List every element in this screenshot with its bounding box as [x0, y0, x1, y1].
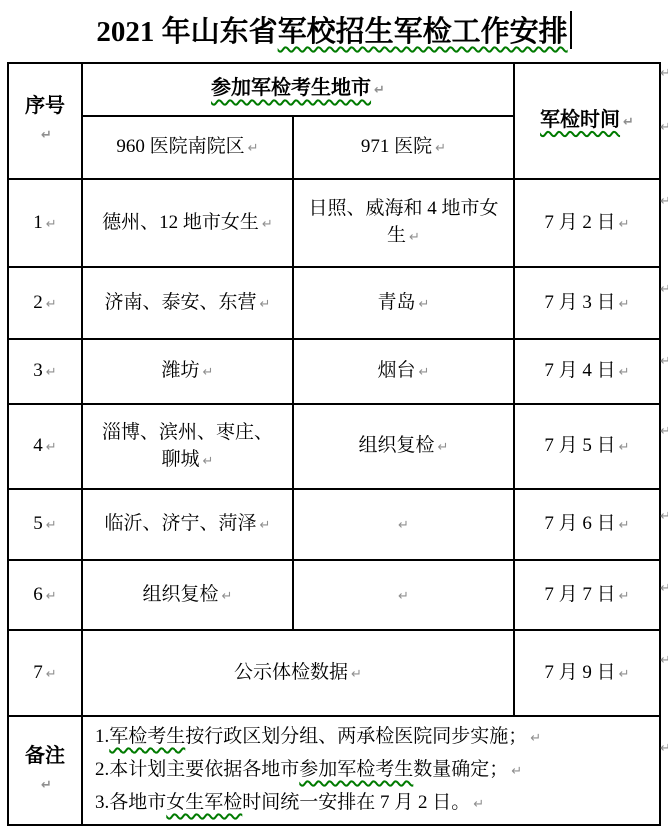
return-mark: ↵	[203, 365, 214, 380]
serial-value: 3	[33, 360, 43, 381]
remark-text: 3.各地市女生军检时间统一安排在 7 月 2 日。	[95, 792, 470, 813]
document-page[interactable]: 2021 年山东省军校招生军检工作安排 序号↵ 参加军检考生地市↵ 军检时间↵ …	[0, 0, 668, 837]
return-mark: ↵	[398, 518, 409, 533]
date-value: 7 月 4 日	[544, 360, 615, 381]
return-mark: ↵	[619, 297, 630, 312]
header-hospital-971-label: 971 医院	[361, 136, 432, 157]
return-mark: ↵	[46, 440, 57, 455]
remark-line: 3.各地市女生军检时间统一安排在 7 月 2 日。↵	[95, 787, 651, 820]
date-value: 7 月 9 日	[544, 662, 615, 683]
header-time[interactable]: 军检时间↵	[514, 63, 660, 179]
return-mark: ↵	[438, 440, 449, 455]
cities-value: 组织复检	[143, 584, 219, 605]
row-end-mark: ↵	[660, 653, 668, 668]
cell-hospital-971[interactable]: 日照、威海和 4 地市女生↵	[293, 179, 514, 267]
cell-hospital-971[interactable]: ↵	[293, 489, 514, 560]
row-end-mark: ↵	[660, 120, 668, 135]
cell-serial[interactable]: 1↵	[8, 179, 82, 267]
serial-value: 5	[33, 513, 43, 534]
return-mark: ↵	[619, 440, 630, 455]
table-row: 1↵ 德州、12 地市女生↵ 日照、威海和 4 地市女生↵ 7 月 2 日↵	[8, 179, 660, 267]
remark-line: 2.本计划主要依据各地市参加军检考生数量确定；↵	[95, 754, 651, 787]
cities-value: 烟台	[378, 360, 416, 381]
row-end-mark: ↵	[660, 66, 668, 81]
cities-value: 日照、威海和 4 地市女生	[308, 198, 498, 246]
schedule-table: 序号↵ 参加军检考生地市↵ 军检时间↵ 960 医院南院区↵ 971 医院↵ 1…	[7, 62, 661, 826]
cell-serial[interactable]: 2↵	[8, 267, 82, 339]
cell-serial[interactable]: 4↵	[8, 404, 82, 489]
return-mark: ↵	[260, 518, 271, 533]
date-value: 7 月 3 日	[544, 292, 615, 313]
remarks-label-text: 备注	[25, 745, 65, 767]
row-end-mark: ↵	[660, 354, 668, 369]
cell-time[interactable]: 7 月 5 日↵	[514, 404, 660, 489]
text-segment: 本计划主要依据各地市	[109, 759, 299, 780]
text-segment: 按行政区划分组、两承检医院同步实施；	[185, 726, 527, 747]
spellcheck-flagged-text: 军校招生军检工作安排	[278, 16, 568, 48]
return-mark: ↵	[262, 217, 273, 232]
return-mark: ↵	[619, 217, 630, 232]
header-hospital-960[interactable]: 960 医院南院区↵	[82, 116, 293, 179]
table-row: 5↵ 临沂、济宁、菏泽↵ ↵ 7 月 6 日↵	[8, 489, 660, 560]
return-mark: ↵	[46, 518, 57, 533]
remarks-label[interactable]: 备注↵	[8, 716, 82, 825]
header-group-label: 参加军检考生地市	[211, 77, 371, 99]
return-mark: ↵	[619, 667, 630, 682]
cell-serial[interactable]: 7↵	[8, 630, 82, 716]
table-row: 6↵ 组织复检↵ ↵ 7 月 7 日↵	[8, 560, 660, 630]
row-end-mark: ↵	[660, 282, 668, 297]
cell-time[interactable]: 7 月 4 日↵	[514, 339, 660, 404]
remarks-content[interactable]: 1.军检考生按行政区划分组、两承检医院同步实施；↵ 2.本计划主要依据各地市参加…	[82, 716, 660, 825]
remark-text: 1.军检考生按行政区划分组、两承检医院同步实施；	[95, 726, 527, 747]
cell-time[interactable]: 7 月 3 日↵	[514, 267, 660, 339]
return-mark: ↵	[511, 764, 522, 779]
return-mark: ↵	[260, 297, 271, 312]
cell-serial[interactable]: 6↵	[8, 560, 82, 630]
cities-value: 德州、12 地市女生	[102, 212, 259, 233]
header-serial-label: 序号	[25, 95, 65, 117]
cell-hospital-960[interactable]: 德州、12 地市女生↵	[82, 179, 293, 267]
return-mark: ↵	[46, 667, 57, 682]
cell-hospital-960[interactable]: 临沂、济宁、菏泽↵	[82, 489, 293, 560]
text-segment: 3.	[95, 792, 109, 813]
serial-value: 6	[33, 584, 43, 605]
text-segment: 时间统一安排在 7 月 2 日。	[242, 792, 470, 813]
header-group[interactable]: 参加军检考生地市↵	[82, 63, 514, 116]
return-mark: ↵	[473, 797, 484, 812]
text-segment: 各地市	[109, 792, 166, 813]
row-end-mark: ↵	[660, 194, 668, 209]
remark-line: 1.军检考生按行政区划分组、两承检医院同步实施；↵	[95, 721, 651, 754]
cities-value: 潍坊	[162, 360, 200, 381]
cell-time[interactable]: 7 月 9 日↵	[514, 630, 660, 716]
cell-hospital-971[interactable]: 青岛↵	[293, 267, 514, 339]
cell-hospital-971[interactable]: 烟台↵	[293, 339, 514, 404]
row-end-mark: ↵	[660, 424, 668, 439]
cell-time[interactable]: 7 月 2 日↵	[514, 179, 660, 267]
row-end-mark: ↵	[660, 581, 668, 596]
text-segment: 2021 年山东省	[96, 16, 277, 48]
return-mark: ↵	[46, 297, 57, 312]
row-end-mark: ↵	[660, 509, 668, 524]
return-mark: ↵	[41, 778, 52, 793]
cell-serial[interactable]: 3↵	[8, 339, 82, 404]
return-mark: ↵	[419, 297, 430, 312]
remark-text: 2.本计划主要依据各地市参加军检考生数量确定；	[95, 759, 508, 780]
serial-value: 7	[33, 662, 43, 683]
cities-value: 济南、泰安、东营	[105, 292, 257, 313]
document-title[interactable]: 2021 年山东省军校招生军检工作安排	[0, 6, 668, 60]
table-row: 4↵ 淄博、滨州、枣庄、聊城↵ 组织复检↵ 7 月 5 日↵	[8, 404, 660, 489]
spellcheck-flagged-text: 女生军检	[166, 792, 242, 813]
return-mark: ↵	[248, 141, 259, 156]
return-mark: ↵	[619, 589, 630, 604]
cell-hospital-960[interactable]: 淄博、滨州、枣庄、聊城↵	[82, 404, 293, 489]
cell-serial[interactable]: 5↵	[8, 489, 82, 560]
return-mark: ↵	[351, 667, 362, 682]
date-value: 7 月 5 日	[544, 435, 615, 456]
return-mark: ↵	[46, 365, 57, 380]
return-mark: ↵	[623, 115, 634, 130]
return-mark: ↵	[41, 128, 52, 143]
cell-hospital-960[interactable]: 济南、泰安、东营↵	[82, 267, 293, 339]
cell-time[interactable]: 7 月 6 日↵	[514, 489, 660, 560]
row-end-mark: ↵	[660, 741, 668, 756]
serial-value: 1	[33, 212, 43, 233]
serial-value: 4	[33, 435, 43, 456]
spellcheck-flagged-text: 参加军检考生地市	[211, 77, 371, 99]
date-value: 7 月 6 日	[544, 513, 615, 534]
cities-value: 临沂、济宁、菏泽	[105, 513, 257, 534]
action-value: 公示体检数据	[234, 662, 348, 683]
cell-hospital-960[interactable]: 潍坊↵	[82, 339, 293, 404]
return-mark: ↵	[619, 518, 630, 533]
date-value: 7 月 7 日	[544, 584, 615, 605]
text-cursor	[570, 11, 572, 49]
table-row: 备注↵ 1.军检考生按行政区划分组、两承检医院同步实施；↵ 2.本计划主要依据各…	[8, 716, 660, 825]
return-mark: ↵	[374, 83, 385, 98]
spellcheck-flagged-text: 军检考生	[109, 726, 185, 747]
return-mark: ↵	[46, 217, 57, 232]
return-mark: ↵	[222, 589, 233, 604]
return-mark: ↵	[419, 365, 430, 380]
return-mark: ↵	[530, 731, 541, 746]
spellcheck-flagged-text: 军检时间	[540, 109, 620, 131]
header-serial[interactable]: 序号↵	[8, 63, 82, 179]
table-row: 7↵ 公示体检数据↵ 7 月 9 日↵	[8, 630, 660, 716]
cell-hospital-971[interactable]: ↵	[293, 560, 514, 630]
return-mark: ↵	[409, 230, 420, 245]
table-row: 3↵ 潍坊↵ 烟台↵ 7 月 4 日↵	[8, 339, 660, 404]
table-row: 2↵ 济南、泰安、东营↵ 青岛↵ 7 月 3 日↵	[8, 267, 660, 339]
header-time-label: 军检时间	[540, 109, 620, 131]
date-value: 7 月 2 日	[544, 212, 615, 233]
cities-value: 青岛	[378, 292, 416, 313]
text-segment: 2.	[95, 759, 109, 780]
return-mark: ↵	[435, 141, 446, 156]
title-text: 2021 年山东省军校招生军检工作安排	[96, 16, 567, 48]
cities-value: 淄博、滨州、枣庄、聊城	[102, 422, 273, 470]
text-segment: 数量确定；	[413, 759, 508, 780]
cities-value: 组织复检	[359, 435, 435, 456]
spellcheck-flagged-text: 参加军检考生	[299, 759, 413, 780]
return-mark: ↵	[203, 454, 214, 469]
text-segment: 1.	[95, 726, 109, 747]
cell-hospital-971[interactable]: 组织复检↵	[293, 404, 514, 489]
return-mark: ↵	[398, 589, 409, 604]
return-mark: ↵	[619, 365, 630, 380]
return-mark: ↵	[46, 589, 57, 604]
header-hospital-971[interactable]: 971 医院↵	[293, 116, 514, 179]
serial-value: 2	[33, 292, 43, 313]
header-hospital-960-label: 960 医院南院区	[116, 136, 244, 157]
cell-time[interactable]: 7 月 7 日↵	[514, 560, 660, 630]
cell-merged-action[interactable]: 公示体检数据↵	[82, 630, 514, 716]
cell-hospital-960[interactable]: 组织复检↵	[82, 560, 293, 630]
